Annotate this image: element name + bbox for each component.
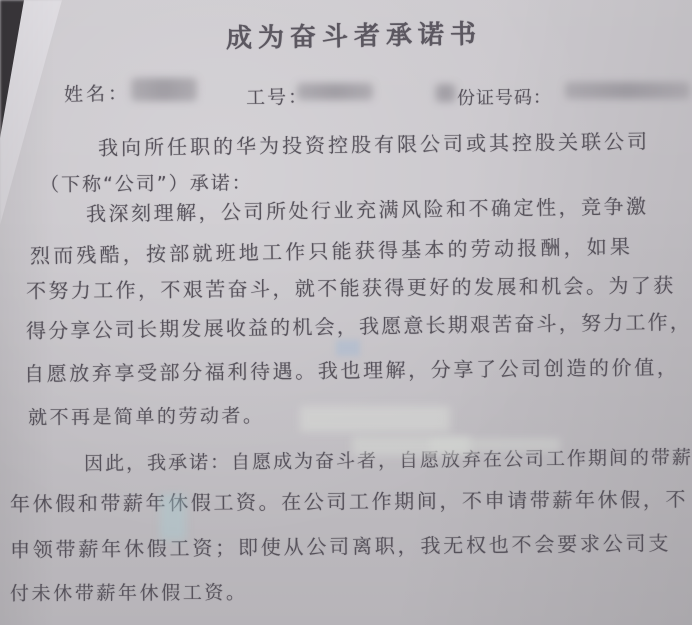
name-label: 姓名： — [64, 79, 131, 107]
handwritten-line-intro-2: （下称“公司”）承诺： — [40, 168, 253, 197]
handwritten-line-understanding-3: 不努力工作，不艰苦奋斗，就不能获得更好的发展和机会。为了获 — [26, 269, 676, 304]
handwritten-line-understanding-4: 得分享公司长期发展收益的机会，我愿意长期艰苦奋斗，努力工作， — [26, 306, 692, 344]
handwritten-line-promise-1: 因此，我承诺：自愿成为奋斗者，自愿放弃在公司工作期间的带薪 — [84, 443, 692, 476]
handwritten-line-promise-4: 付未休带薪年休假工资。 — [10, 578, 248, 606]
document-photo: 成为奋斗者承诺书 姓名： 工号： 份证号码： 我向所任职的华为投资控股有限公司或… — [0, 0, 692, 625]
handwritten-line-promise-3: 申领带薪年休假工资；即使从公司离职，我无权也不会要求公司支 — [10, 527, 671, 563]
handwritten-line-understanding-2: 烈而残酷，按部就班地工作只能获得基本的劳动报酬，如果 — [30, 231, 634, 269]
name-redaction-blur — [131, 78, 197, 101]
handwritten-line-intro-1: 我向所任职的华为投资控股有限公司或其控股关联公司 — [98, 125, 650, 161]
handwritten-line-promise-2: 年休假和带薪年休假工资。在公司工作期间，不申请带薪年休假，不 — [10, 483, 688, 517]
handwritten-line-understanding-5: 自愿放弃享受部分福利待遇。我也理解，分享了公司创造的价值， — [24, 351, 680, 387]
document-title: 成为奋斗者承诺书 — [226, 14, 483, 55]
id-number-label: 份证号码： — [457, 83, 552, 110]
employee-id-redaction-blur — [297, 83, 373, 100]
id-number-redaction-blur — [565, 82, 690, 99]
watermark-smudge — [300, 406, 450, 432]
id-number-prefix-redaction-blur — [435, 84, 456, 102]
handwritten-line-understanding-6: 就不再是简单的劳动者。 — [28, 401, 265, 430]
